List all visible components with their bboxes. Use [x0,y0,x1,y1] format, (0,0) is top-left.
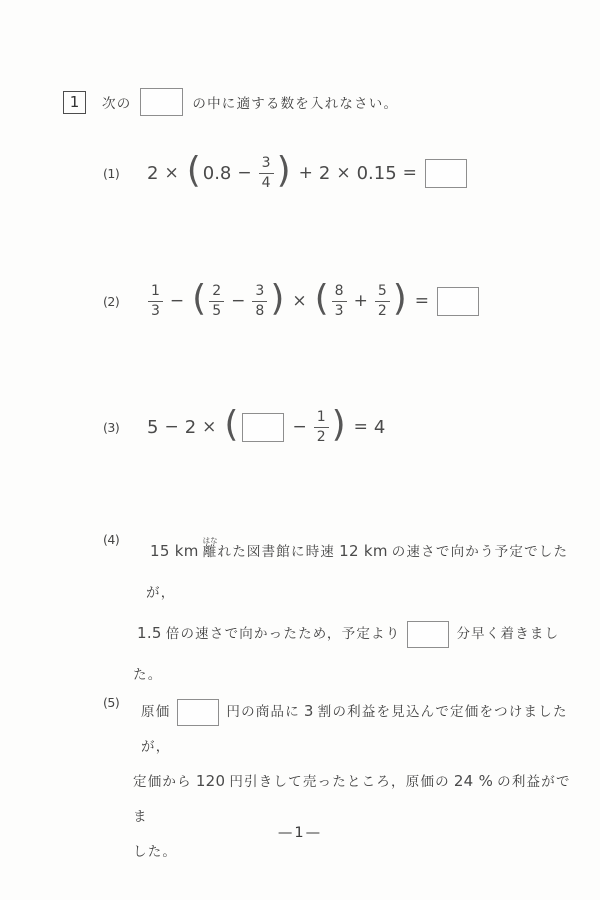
answer-box-2 [437,287,479,316]
minus-operator: − [237,163,251,183]
operand: 5 [147,417,158,438]
operand: 4 [374,417,385,438]
numerator: 3 [252,282,267,302]
problem-5: (5) 原価円の商品に3割の利益を見込んで定価をつけましたが， 定価から120円… [103,694,575,869]
operand: 0.15 [357,163,397,184]
multiply-operator: × [164,163,178,183]
answer-box-4 [407,621,449,648]
plus-operator: + [354,291,368,311]
left-paren: ( [192,284,206,315]
fraction: 1 3 [148,282,163,320]
answer-box-1 [425,159,467,188]
answer-box-3 [242,413,284,442]
denominator: 3 [332,302,347,321]
operand: 2 [319,163,330,184]
fraction: 3 4 [259,154,274,192]
numerator: 2 [209,282,224,302]
problem-3-expression: 5 − 2 × ( − 1 2 ) = 4 [147,408,385,446]
multiply-operator: × [336,163,350,183]
problem-5-line-1: 原価円の商品に3割の利益を見込んで定価をつけましたが， [133,694,575,764]
fraction: 2 5 [209,282,224,320]
problem-1-expression: 2 × ( 0.8 − 3 4 ) + 2 × 0.15 = [147,154,469,192]
numerator: 5 [375,282,390,302]
operand: 0.8 [203,163,232,184]
right-paren: ) [393,284,407,315]
fraction: 1 2 [314,408,329,446]
problem-1-label: (1) [103,166,147,181]
operand: 2 [185,417,196,438]
left-paren: ( [224,410,238,441]
equals-sign: = [354,417,368,437]
left-paren: ( [315,284,329,315]
percent-value: 24 % [450,772,497,790]
profit-rate-value: 3 [300,702,318,720]
plus-operator: + [299,163,313,183]
ruby-hanare: 離はな [203,544,218,559]
problem-5-text: 原価円の商品に3割の利益を見込んで定価をつけましたが， 定価から120円引きして… [133,694,575,869]
heading-sample-answer-box [140,88,183,116]
minus-operator: − [164,417,178,437]
minus-operator: − [292,417,306,437]
problem-2-expression: 1 3 − ( 2 5 − 3 8 ) × ( 8 3 + 5 [147,282,481,320]
right-paren: ) [270,284,284,315]
denominator: 8 [252,302,267,321]
left-paren: ( [187,156,201,187]
equals-sign: = [403,163,417,183]
problem-4-line-1: 15 km離はなれた図書館に時速12 kmの速さで向かう予定でしたが， [133,531,575,613]
problem-1: (1) 2 × ( 0.8 − 3 4 ) + 2 × 0.15 = [103,150,469,196]
numerator: 1 [314,408,329,428]
numerator: 1 [148,282,163,302]
fraction: 3 8 [252,282,267,320]
problem-4-line-2: 1.5倍の速さで向かったため，予定より分早く着きました。 [133,613,575,695]
problem-2: (2) 1 3 − ( 2 5 − 3 8 ) × ( 8 3 + [103,278,481,324]
right-paren: ) [332,410,346,441]
minus-operator: − [231,291,245,311]
multiply-operator: × [292,291,306,311]
minus-operator: − [170,291,184,311]
problem-set-number-box: 1 [63,91,86,114]
multiply-operator: × [202,417,216,437]
problem-4-label: (4) [103,531,133,695]
problem-3: (3) 5 − 2 × ( − 1 2 ) = 4 [103,404,385,450]
right-paren: ) [277,156,291,187]
page-number: —1— [0,825,600,841]
problem-5-label: (5) [103,694,133,869]
problem-3-label: (3) [103,420,147,435]
denominator: 3 [148,302,163,321]
numerator: 3 [259,154,274,174]
answer-box-5 [177,699,219,726]
heading-row: 1 次の の中に適する数を入れなさい。 [63,88,398,116]
distance-value: 15 km [146,542,203,560]
instruction-prefix: 次の [102,92,131,112]
denominator: 4 [259,174,274,193]
fraction: 5 2 [375,282,390,320]
worksheet-page: 1 次の の中に適する数を入れなさい。 (1) 2 × ( 0.8 − 3 4 … [0,0,600,900]
multiplier-value: 1.5 [133,624,166,642]
fraction: 8 3 [332,282,347,320]
instruction-suffix: の中に適する数を入れなさい。 [192,92,398,112]
operand: 2 [147,163,158,184]
denominator: 2 [314,428,329,447]
speed-value: 12 km [335,542,392,560]
denominator: 5 [209,302,224,321]
equals-sign: = [415,291,429,311]
problem-5-line-2: 定価から120円引きして売ったところ，原価の24 %の利益がでま [133,764,575,834]
problem-2-label: (2) [103,294,147,309]
problem-4-text: 15 km離はなれた図書館に時速12 kmの速さで向かう予定でしたが， 1.5倍… [133,531,575,695]
numerator: 8 [332,282,347,302]
denominator: 2 [375,302,390,321]
problem-4: (4) 15 km離はなれた図書館に時速12 kmの速さで向かう予定でしたが， … [103,531,575,695]
discount-value: 120 [192,772,230,790]
